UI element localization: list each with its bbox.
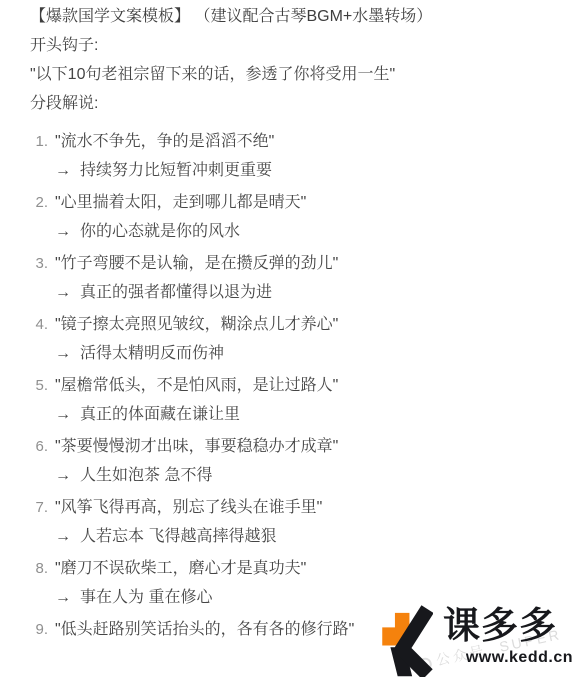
segments-list: 1."流水不争先，争的是滔滔不绝"→持续努力比短暂冲刺更重要2."心里揣着太阳，… (30, 127, 579, 644)
segment-number: 1. (30, 127, 48, 156)
segment-quote: "屋檐常低头，不是怕风雨，是让过路人" (55, 377, 338, 394)
watermark-brand-text: 课多多 (443, 607, 557, 644)
segment-quote: "风筝飞得再高，别忘了线头在谁手里" (55, 499, 322, 516)
segment-explain-line: →真正的体面藏在谦让里 (30, 400, 579, 429)
arrow-right-icon: → (55, 162, 71, 179)
arrow-right-icon: → (55, 467, 71, 484)
segment-explain: 人若忘本 飞得越高摔得越狠 (80, 528, 276, 545)
segment-explain: 事在人为 重在修心 (80, 589, 212, 606)
segment-quote-line: 6."茶要慢慢沏才出味，事要稳稳办才成章" (30, 432, 579, 461)
segment-item: 7."风筝飞得再高，别忘了线头在谁手里"→人若忘本 飞得越高摔得越狠 (30, 493, 579, 551)
arrow-right-icon: → (55, 528, 71, 545)
segment-quote: "茶要慢慢沏才出味，事要稳稳办才成章" (55, 438, 338, 455)
segment-quote-line: 8."磨刀不误砍柴工，磨心才是真功夫" (30, 554, 579, 583)
segment-explain-line: →人生如泡茶 急不得 (30, 461, 579, 490)
segment-item: 1."流水不争先，争的是滔滔不绝"→持续努力比短暂冲刺更重要 (30, 127, 579, 185)
kedd-watermark: 公众号 SUPER 课多多 www.kedd.cn (365, 597, 577, 677)
segment-item: 2."心里揣着太阳，走到哪儿都是晴天"→你的心态就是你的风水 (30, 188, 579, 246)
segment-explain-line: →人若忘本 飞得越高摔得越狠 (30, 522, 579, 551)
segment-item: 5."屋檐常低头，不是怕风雨，是让过路人"→真正的体面藏在谦让里 (30, 371, 579, 429)
segment-quote-line: 2."心里揣着太阳，走到哪儿都是晴天" (30, 188, 579, 217)
hook-heading: 开头钩子: (30, 31, 579, 60)
document-body: 【爆款国学文案模板】 （建议配合古琴BGM+水墨转场） 开头钩子: "以下10句… (30, 2, 579, 647)
segment-explain-line: →持续努力比短暂冲刺更重要 (30, 156, 579, 185)
page-title: 【爆款国学文案模板】 （建议配合古琴BGM+水墨转场） (30, 2, 579, 31)
segment-quote: "流水不争先，争的是滔滔不绝" (55, 133, 274, 150)
segment-quote: "磨刀不误砍柴工，磨心才是真功夫" (55, 560, 306, 577)
arrow-right-icon: → (55, 345, 71, 362)
segment-explain: 持续努力比短暂冲刺更重要 (80, 162, 272, 179)
segment-item: 4."镜子擦太亮照见皱纹，糊涂点儿才养心"→活得太精明反而伤神 (30, 310, 579, 368)
kedd-logo-k-icon (375, 603, 433, 677)
segment-number: 3. (30, 249, 48, 278)
segment-quote: "竹子弯腰不是认输，是在攒反弹的劲儿" (55, 255, 338, 272)
segment-explain: 人生如泡茶 急不得 (80, 467, 212, 484)
segment-number: 7. (30, 493, 48, 522)
segment-quote-line: 5."屋檐常低头，不是怕风雨，是让过路人" (30, 371, 579, 400)
segment-quote-line: 7."风筝飞得再高，别忘了线头在谁手里" (30, 493, 579, 522)
segment-quote: "低头赶路别笑话抬头的，各有各的修行路" (55, 621, 354, 638)
segment-quote: "心里揣着太阳，走到哪儿都是晴天" (55, 194, 306, 211)
segment-number: 6. (30, 432, 48, 461)
arrow-right-icon: → (55, 284, 71, 301)
segment-quote-line: 4."镜子擦太亮照见皱纹，糊涂点儿才养心" (30, 310, 579, 339)
segment-number: 5. (30, 371, 48, 400)
segment-explain: 真正的体面藏在谦让里 (80, 406, 240, 423)
arrow-right-icon: → (55, 589, 71, 606)
segment-explain: 活得太精明反而伤神 (80, 345, 224, 362)
watermark-url-text: www.kedd.cn (466, 649, 573, 667)
segment-quote-line: 1."流水不争先，争的是滔滔不绝" (30, 127, 579, 156)
segment-explain-line: →活得太精明反而伤神 (30, 339, 579, 368)
segment-item: 3."竹子弯腰不是认输，是在攒反弹的劲儿"→真正的强者都懂得以退为进 (30, 249, 579, 307)
segment-number: 2. (30, 188, 48, 217)
segment-explain: 真正的强者都懂得以退为进 (80, 284, 272, 301)
segment-quote: "镜子擦太亮照见皱纹，糊涂点儿才养心" (55, 316, 338, 333)
segments-heading: 分段解说: (30, 89, 579, 118)
segment-explain-line: →你的心态就是你的风水 (30, 217, 579, 246)
hook-quote: "以下10句老祖宗留下来的话，参透了你将受用一生" (30, 60, 579, 89)
arrow-right-icon: → (55, 223, 71, 240)
segment-number: 9. (30, 615, 48, 644)
segment-number: 8. (30, 554, 48, 583)
segment-quote-line: 3."竹子弯腰不是认输，是在攒反弹的劲儿" (30, 249, 579, 278)
arrow-right-icon: → (55, 406, 71, 423)
segment-explain: 你的心态就是你的风水 (80, 223, 240, 240)
segment-item: 6."茶要慢慢沏才出味，事要稳稳办才成章"→人生如泡茶 急不得 (30, 432, 579, 490)
segment-number: 4. (30, 310, 48, 339)
segment-explain-line: →真正的强者都懂得以退为进 (30, 278, 579, 307)
